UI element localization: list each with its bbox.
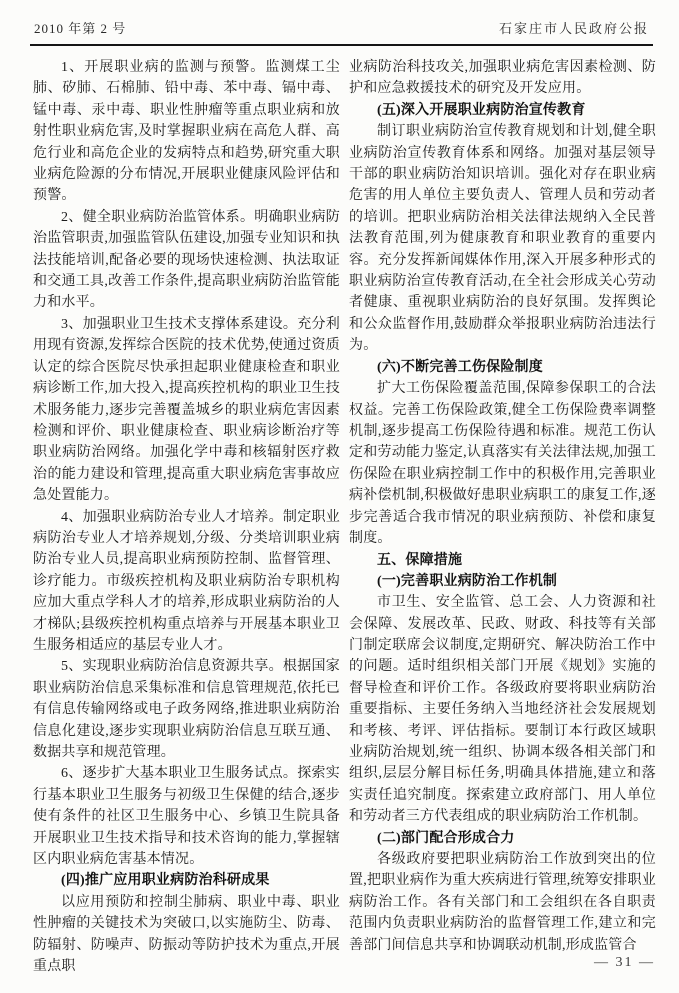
paragraph-item-3: 3、加强职业卫生技术支撑体系建设。充分利用现有资源,发挥综合医院的技术优势,使通… [33, 314, 340, 507]
page-number: — 31 — [594, 955, 655, 970]
page-footer: — 31 — [594, 955, 655, 971]
right-column: 业病防治科技攻关,加强职业病危害因素检测、防护和应急救援技术的研究及开发应用。 … [349, 57, 656, 977]
section-heading-five: 五、保障措施 [349, 549, 656, 570]
section-heading-6: (六)不断完善工伤保险制度 [349, 357, 656, 378]
paragraph-insurance: 扩大工伤保险覆盖范围,保障参保职工的合法权益。完善工伤保险政策,健全工伤保险费率… [349, 378, 656, 549]
left-column: 1、开展职业病的监测与预警。监测煤工尘肺、矽肺、石棉肺、铅中毒、苯中毒、镉中毒、… [33, 57, 340, 977]
paragraph-item-4: 4、加强职业病防治专业人才培养。制定职业病防治专业人才培养规划,分级、分类培训职… [33, 507, 340, 657]
paragraph-item-6: 6、逐步扩大基本职业卫生服务试点。探索实行基本职业卫生服务与初级卫生保健的结合,… [33, 763, 340, 870]
paragraph-cooperation: 各级政府要把职业病防治工作放到突出的位置,把职业病作为重大疾病进行管理,统筹安排… [349, 849, 656, 956]
paragraph-education: 制订职业病防治宣传教育规划和计划,健全职业病防治宣传教育体系和网络。加强对基层领… [349, 121, 656, 356]
header-issue-number: 2010 年第 2 号 [34, 18, 126, 37]
paragraph-continuation: 业病防治科技攻关,加强职业病危害因素检测、防护和应急救援技术的研究及开发应用。 [349, 57, 656, 100]
paragraph-item-2: 2、健全职业病防治监管体系。明确职业病防治监管职责,加强监管队伍建设,加强专业知… [33, 207, 340, 314]
paragraph-item-5: 5、实现职业病防治信息资源共享。根据国家职业病防治信息采集标准和信息管理规范,依… [33, 656, 340, 763]
document-page: 2010 年第 2 号 石家庄市人民政府公报 1、开展职业病的监测与预警。监测煤… [0, 0, 679, 993]
content-columns: 1、开展职业病的监测与预警。监测煤工尘肺、矽肺、石棉肺、铅中毒、苯中毒、镉中毒、… [0, 46, 679, 977]
subsection-heading-2: (二)部门配合形成合力 [349, 828, 656, 849]
paragraph-item-1: 1、开展职业病的监测与预警。监测煤工尘肺、矽肺、石棉肺、铅中毒、苯中毒、镉中毒、… [33, 57, 340, 207]
subsection-heading-1: (一)完善职业病防治工作机制 [349, 571, 656, 592]
header-publication-title: 石家庄市人民政府公报 [499, 18, 649, 37]
paragraph-science-results: 以应用预防和控制尘肺病、职业中毒、职业性肿瘤的关键技术为突破口,以实施防尘、防毒… [33, 892, 340, 978]
page-header: 2010 年第 2 号 石家庄市人民政府公报 [0, 0, 679, 37]
section-heading-4: (四)推广应用职业病防治科研成果 [33, 870, 340, 891]
paragraph-mechanism: 市卫生、安全监管、总工会、人力资源和社会保障、发展改革、民政、财政、科技等有关部… [349, 592, 656, 827]
section-heading-5: (五)深入开展职业病防治宣传教育 [349, 100, 656, 121]
